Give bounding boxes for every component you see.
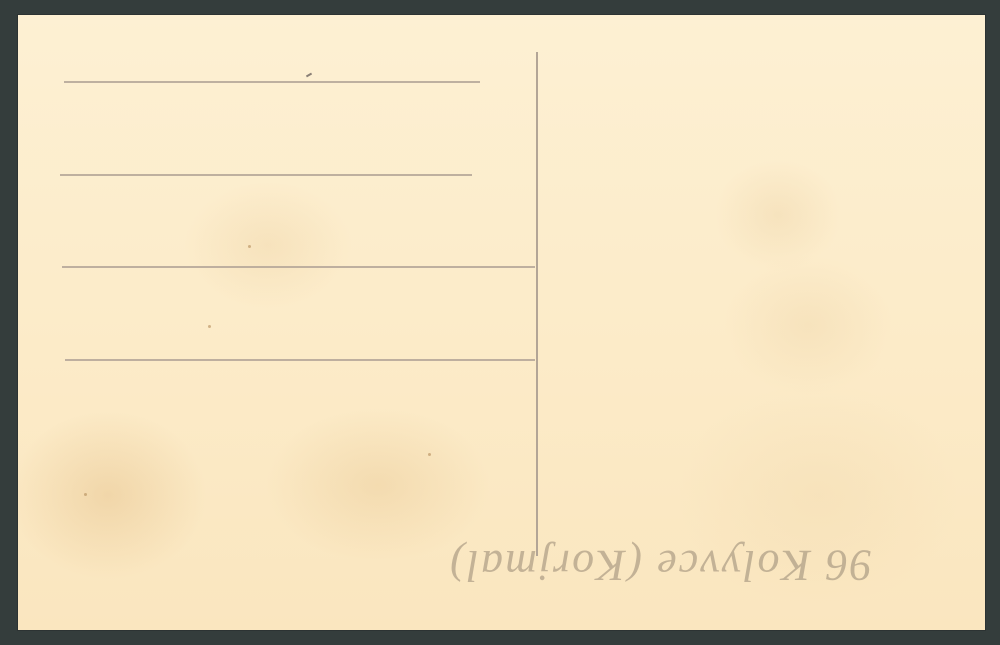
foxing-spot (208, 325, 211, 328)
pencil-mark (306, 73, 312, 78)
address-line-4 (65, 359, 535, 361)
address-line-1 (64, 81, 480, 83)
pencil-handwriting: 96 Kolyvce (Korjmal) (380, 525, 940, 605)
address-line-2 (60, 174, 472, 176)
foxing-spot (84, 493, 87, 496)
foxing-spot (428, 453, 431, 456)
address-line-3 (62, 266, 535, 268)
foxing-spot (248, 245, 251, 248)
divider-line (536, 52, 538, 556)
